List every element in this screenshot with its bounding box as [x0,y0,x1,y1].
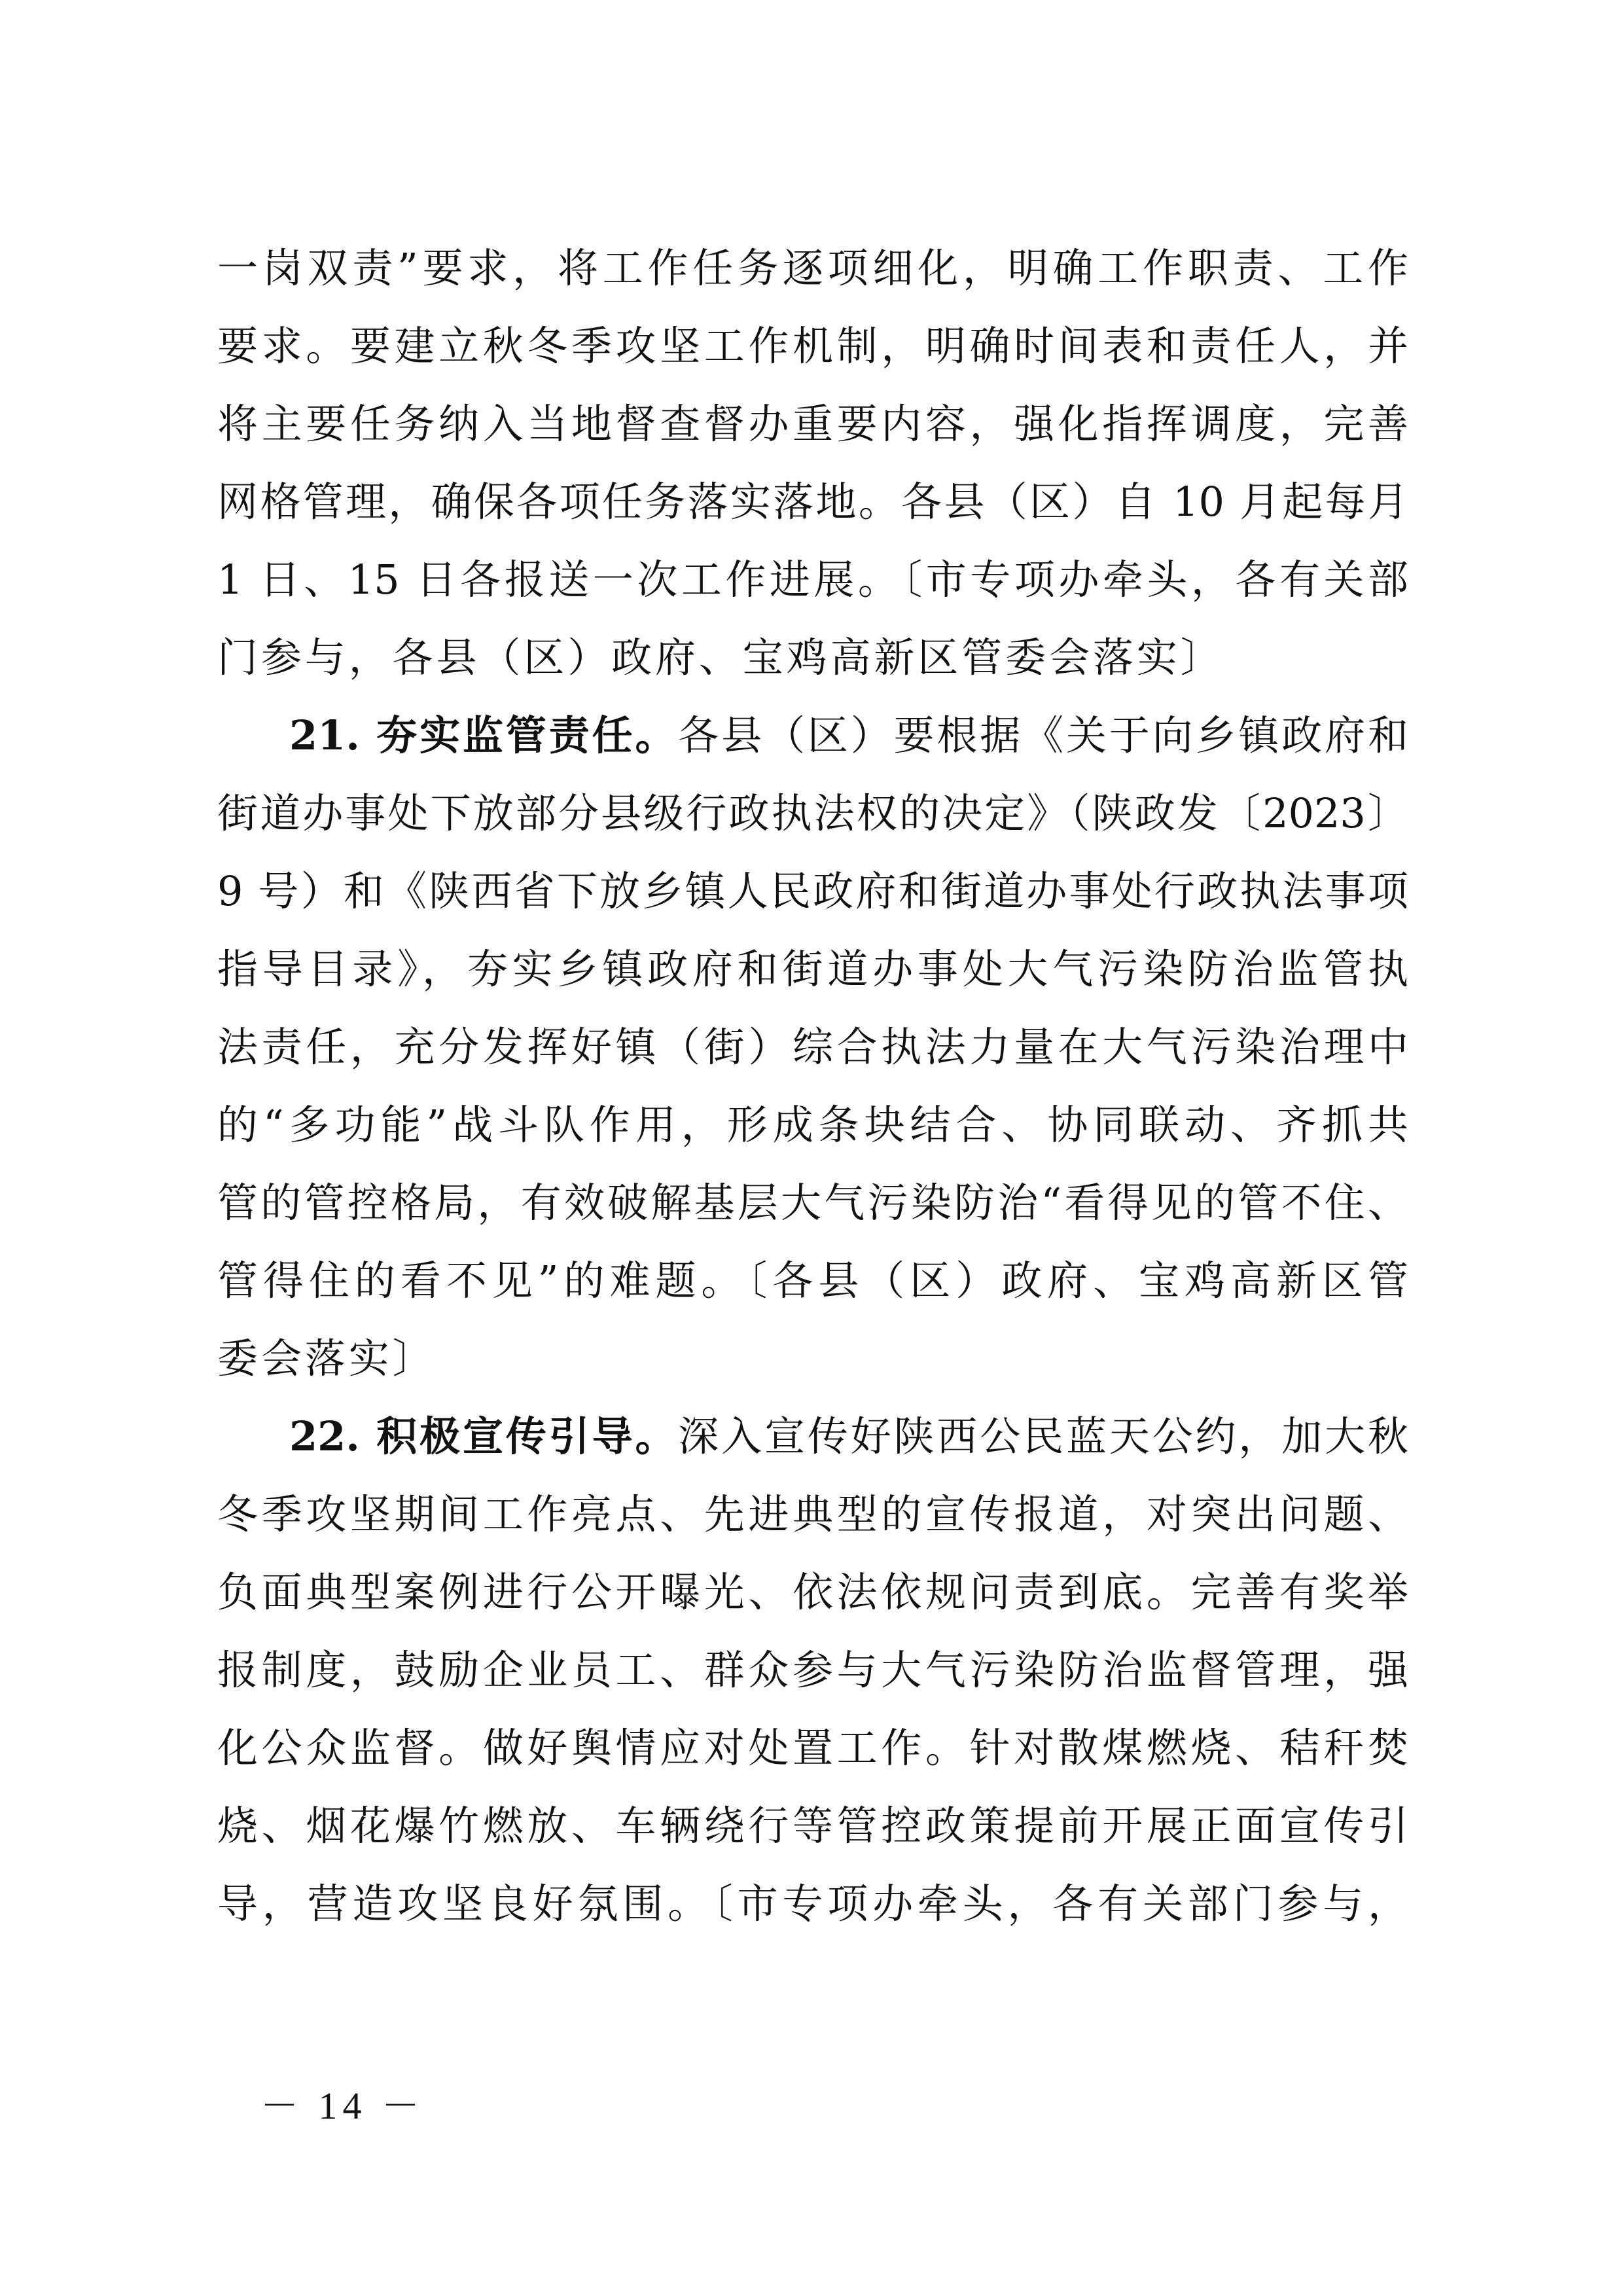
text-line: 导，营造攻坚良好氛围。〔市专项办牵头，各有关部门参与， [217,1865,1408,1943]
page-number: － 14 － [260,2075,425,2130]
text-line: 街道办事处下放部分县级行政执法权的决定》（陕政发〔2023〕 [217,774,1408,852]
text-line: 管得住的看不见”的难题。〔各县（区）政府、宝鸡高新区管 [217,1242,1408,1319]
text-line: 网格管理，确保各项任务落实落地。各县（区）自 10 月起每月 [217,463,1408,541]
text-segment: 各县（区）要根据《关于向乡镇政府和 [678,711,1408,759]
text-line: 将主要任务纳入当地督查督办重要内容，强化指挥调度，完善 [217,385,1408,463]
text-line: 门参与，各县（区）政府、宝鸡高新区管委会落实〕 [217,619,1408,696]
text-line: 化公众监督。做好舆情应对处置工作。针对散煤燃烧、秸秆焚 [217,1709,1408,1787]
text-line: 法责任，充分发挥好镇（街）综合执法力量在大气污染治理中 [217,1008,1408,1086]
text-line: 1 日、15 日各报送一次工作进展。〔市专项办牵头，各有关部 [217,541,1408,619]
text-line: 冬季攻坚期间工作亮点、先进典型的宣传报道，对突出问题、 [217,1475,1408,1553]
text-line: 9 号）和《陕西省下放乡镇人民政府和街道办事处行政执法事项 [217,852,1408,930]
text-line: 一岗双责”要求，将工作任务逐项细化，明确工作职责、工作 [217,229,1408,307]
text-line: 烧、烟花爆竹燃放、车辆绕行等管控政策提前开展正面宣传引 [217,1787,1408,1865]
text-line: 管的管控格局，有效破解基层大气污染防治“看得见的管不住、 [217,1164,1408,1242]
document-body: 一岗双责”要求，将工作任务逐项细化，明确工作职责、工作 要求。要建立秋冬季攻坚工… [217,229,1408,1943]
paragraph-22-first-line: 22. 积极宣传引导。深入宣传好陕西公民蓝天公约，加大秋 [217,1397,1408,1475]
document-page: 一岗双责”要求，将工作任务逐项细化，明确工作职责、工作 要求。要建立秋冬季攻坚工… [0,0,1623,2296]
text-line: 负面典型案例进行公开曝光、依法依规问责到底。完善有奖举 [217,1553,1408,1631]
text-line: 要求。要建立秋冬季攻坚工作机制，明确时间表和责任人，并 [217,307,1408,385]
text-segment: 深入宣传好陕西公民蓝天公约，加大秋 [678,1412,1408,1460]
text-line: 报制度，鼓励企业员工、群众参与大气污染防治监督管理，强 [217,1631,1408,1709]
section-heading-22: 22. 积极宣传引导。 [289,1412,678,1460]
text-line: 的“多功能”战斗队作用，形成条块结合、协同联动、齐抓共 [217,1086,1408,1164]
section-heading-21: 21. 夯实监管责任。 [289,711,678,759]
text-line: 委会落实〕 [217,1319,1408,1397]
paragraph-21-first-line: 21. 夯实监管责任。各县（区）要根据《关于向乡镇政府和 [217,696,1408,774]
text-line: 指导目录》，夯实乡镇政府和街道办事处大气污染防治监管执 [217,930,1408,1008]
